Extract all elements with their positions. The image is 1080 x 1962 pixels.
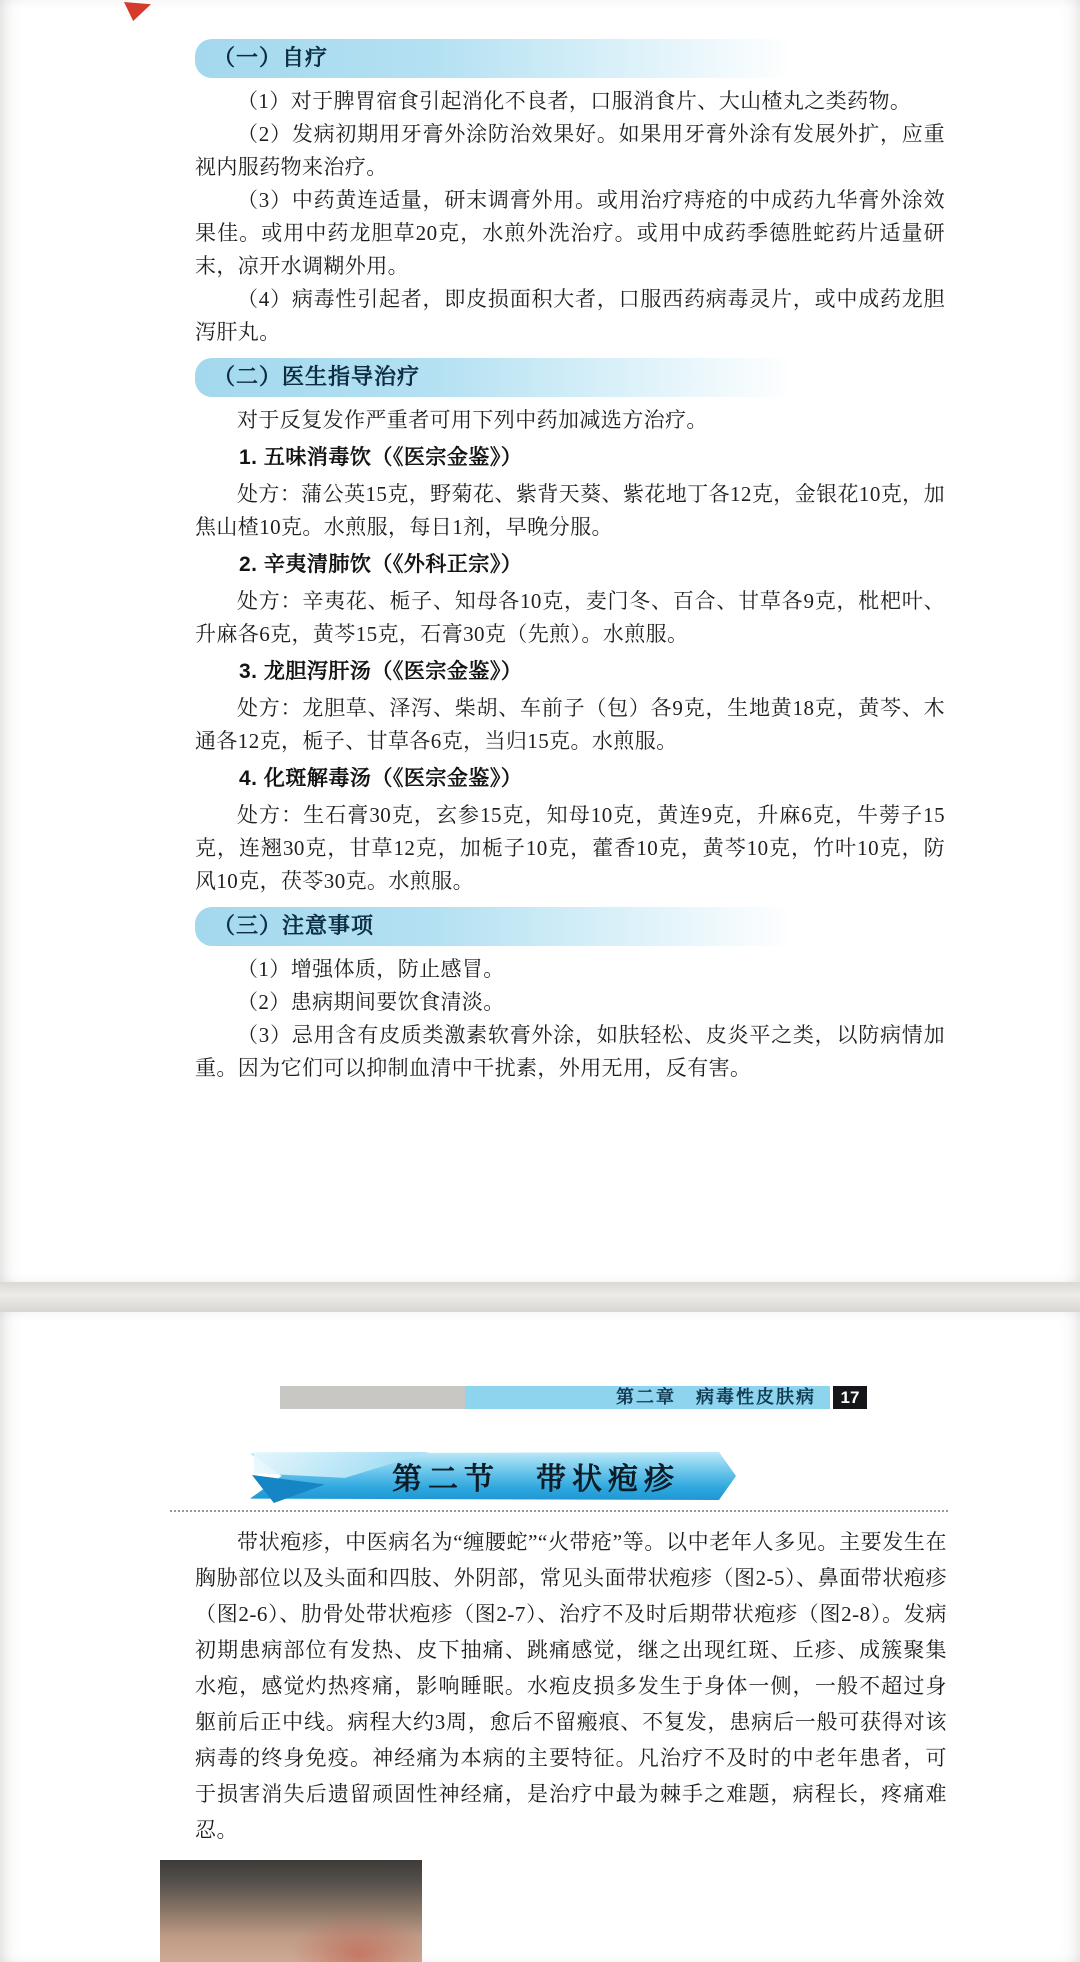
recipe-prescription-3: 处方：龙胆草、泽泻、柴胡、车前子（包）各9克，生地黄18克，黄芩、木通各12克，… bbox=[195, 692, 945, 758]
dotted-divider bbox=[170, 1510, 948, 1512]
section-heading-precautions: （三）注意事项 bbox=[195, 907, 831, 946]
page-self-treatment: （一）自疗 （1）对于脾胃宿食引起消化不良者，口服消食片、大山楂丸之类药物。 （… bbox=[0, 0, 1080, 1282]
paragraph-self-3: （3）中药黄连适量，研末调膏外用。或用治疗痔疮的中成药九华膏外涂效果佳。或用中药… bbox=[195, 184, 945, 283]
chapter-title: 第二章 病毒性皮肤病 bbox=[465, 1386, 830, 1409]
page-number-badge: 17 bbox=[833, 1386, 867, 1409]
page-herpes-zoster: 第二章 病毒性皮肤病 17 第二节 带状疱疹 带状疱疹，中医病名为“缠腰蛇”“火… bbox=[0, 1312, 1080, 1962]
intro-paragraph: 带状疱疹，中医病名为“缠腰蛇”“火带疮”等。以中老年人多见。主要发生在胸胁部位以… bbox=[195, 1524, 947, 1848]
recipe-heading-2: 2. 辛夷清肺饮（《外科正宗》） bbox=[239, 548, 945, 581]
recipe-heading-3: 3. 龙胆泻肝汤（《医宗金鉴》） bbox=[239, 655, 945, 688]
paragraph-self-1: （1）对于脾胃宿食引起消化不良者，口服消食片、大山楂丸之类药物。 bbox=[195, 85, 945, 118]
paragraph-doctor-intro: 对于反复发作严重者可用下列中药加减选方治疗。 bbox=[195, 404, 945, 437]
page1-text-column: （一）自疗 （1）对于脾胃宿食引起消化不良者，口服消食片、大山楂丸之类药物。 （… bbox=[195, 30, 945, 1085]
section-banner: 第二节 带状疱疹 bbox=[250, 1452, 736, 1500]
section-heading-self-treatment: （一）自疗 bbox=[195, 39, 831, 78]
figure-photo-head-shingles bbox=[160, 1860, 422, 1962]
running-header: 第二章 病毒性皮肤病 17 bbox=[280, 1386, 867, 1409]
recipe-prescription-1: 处方：蒲公英15克，野菊花、紫背天葵、紫花地丁各12克，金银花10克，加焦山楂1… bbox=[195, 478, 945, 544]
recipe-prescription-2: 处方：辛夷花、栀子、知母各10克，麦门冬、百合、甘草各9克，枇杷叶、升麻各6克，… bbox=[195, 585, 945, 651]
paragraph-note-2: （2）患病期间要饮食清淡。 bbox=[195, 986, 945, 1019]
section-heading-doctor-guided: （二）医生指导治疗 bbox=[195, 358, 831, 397]
recipe-heading-4: 4. 化斑解毒汤（《医宗金鉴》） bbox=[239, 762, 945, 795]
recipe-heading-1: 1. 五味消毒饮（《医宗金鉴》） bbox=[239, 441, 945, 474]
figure-photo-rash-closeup bbox=[436, 1860, 692, 1962]
header-gray-bar bbox=[280, 1386, 465, 1409]
header-blue-bar: 第二章 病毒性皮肤病 bbox=[465, 1386, 830, 1409]
recipe-prescription-4: 处方：生石膏30克，玄参15克，知母10克，黄连9克，升麻6克，牛蒡子15克，连… bbox=[195, 799, 945, 898]
paragraph-note-1: （1）增强体质，防止感冒。 bbox=[195, 953, 945, 986]
figures-row bbox=[160, 1860, 692, 1962]
paragraph-note-3: （3）忌用含有皮质类激素软膏外涂，如肤轻松、皮炎平之类，以防病情加重。因为它们可… bbox=[195, 1019, 945, 1085]
page-separator bbox=[0, 1282, 1080, 1312]
paragraph-self-4: （4）病毒性引起者，即皮损面积大者，口服西药病毒灵片，或中成药龙胆泻肝丸。 bbox=[195, 283, 945, 349]
book-scan: （一）自疗 （1）对于脾胃宿食引起消化不良者，口服消食片、大山楂丸之类药物。 （… bbox=[0, 0, 1080, 1962]
paragraph-self-2: （2）发病初期用牙膏外涂防治效果好。如果用牙膏外涂有发展外扩，应重视内服药物来治… bbox=[195, 118, 945, 184]
section-title: 第二节 带状疱疹 bbox=[250, 1452, 736, 1500]
